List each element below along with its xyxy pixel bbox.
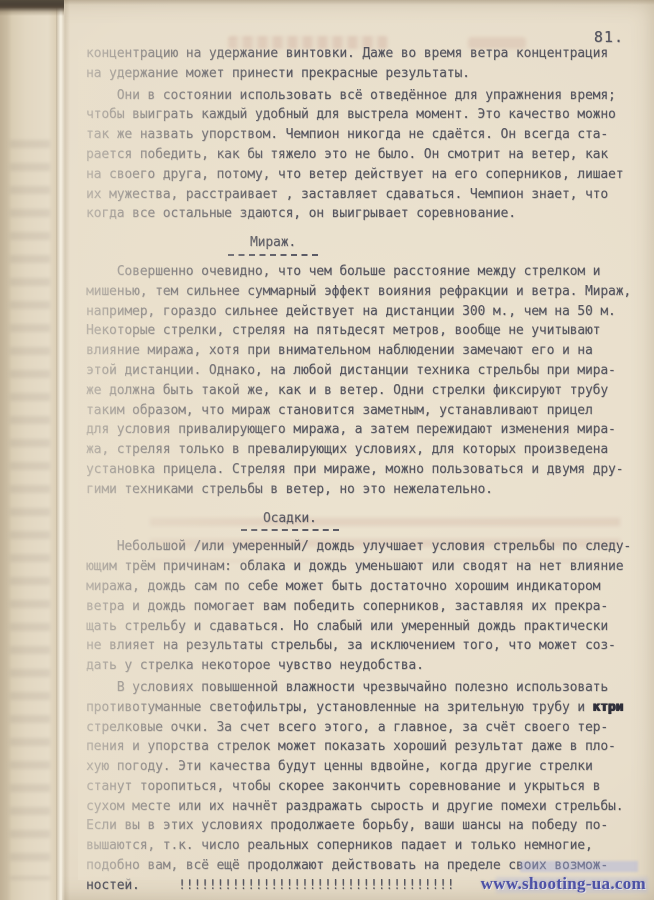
binding-crease	[56, 0, 70, 900]
scanned-page: 81. концентрацию на удержание винтовки. …	[0, 0, 654, 900]
section-heading-precipitation: Осадки.	[86, 509, 648, 532]
page-top-edge	[0, 0, 654, 5]
section-heading-precipitation-label: Осадки.	[241, 509, 339, 532]
paragraph-humidity-start: В условиях повышенной влажности чрезвыча…	[86, 680, 608, 715]
paragraph-rain: Небольшой /или умеренный/ дождь улучшает…	[86, 537, 648, 676]
bleedthrough-ghost	[10, 140, 50, 880]
overstruck-word: ктри	[593, 700, 624, 715]
watermark-text: www.shooting-ua.com	[481, 874, 646, 894]
paragraph-concentration: концентрацию на удержание винтовки. Даже…	[86, 44, 648, 84]
text-column: концентрацию на удержание винтовки. Даже…	[86, 44, 648, 898]
section-heading-mirage: Мираж.	[86, 233, 648, 256]
paragraph-champion: Они в состоянии использовать всё отведён…	[86, 86, 648, 225]
watermark-highlight-upper	[520, 861, 638, 872]
paragraph-mirage: Совершенно очевидно, что чем больше расс…	[86, 262, 648, 500]
section-heading-mirage-label: Мираж.	[228, 233, 318, 256]
